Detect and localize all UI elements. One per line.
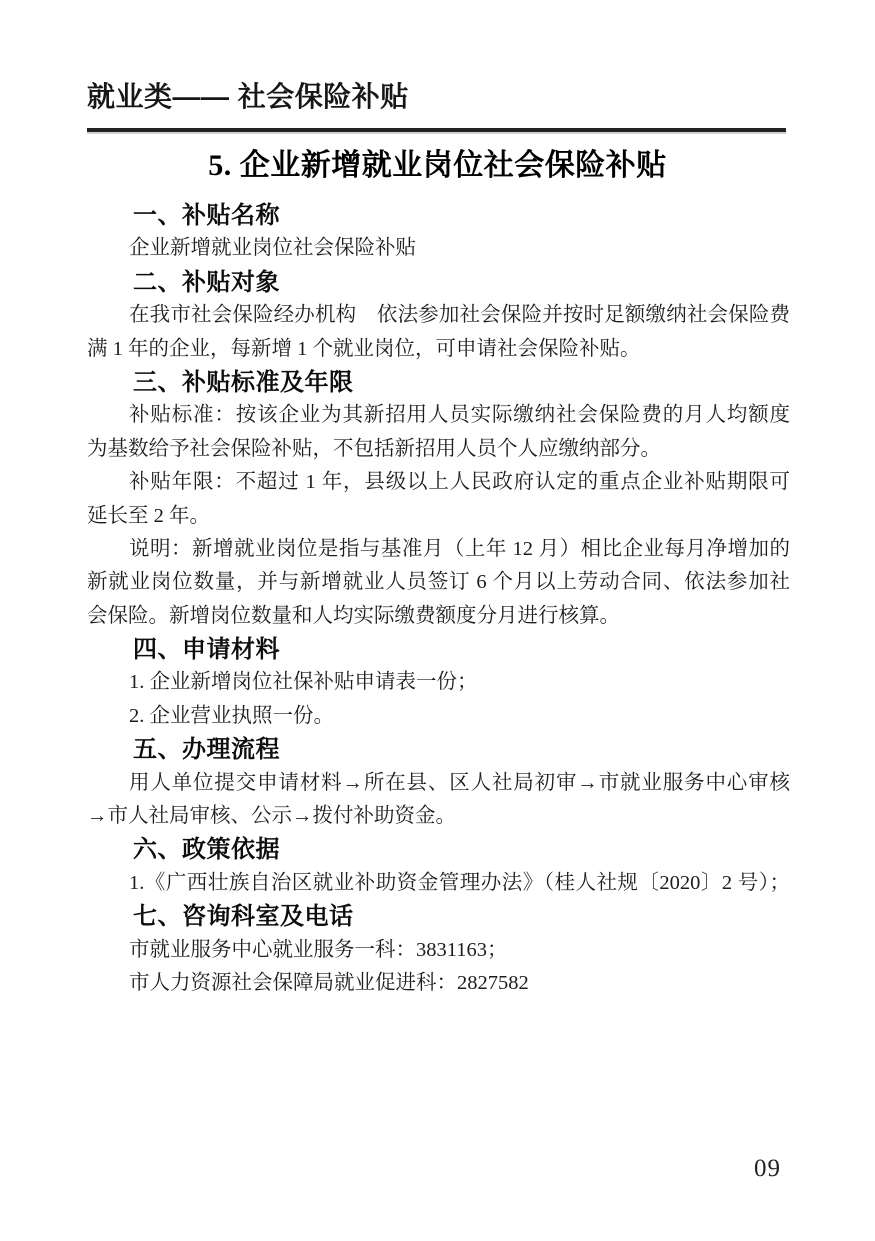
document-page: 就业类—— 社会保险补贴 5. 企业新增就业岗位社会保险补贴 一、补贴名称企业新… [0,0,875,1241]
body-line: 2. 企业营业执照一份。 [87,700,790,733]
body-line: 企业新增就业岗位社会保险补贴 [87,232,790,265]
body-line: 补贴标准：按该企业为其新招用人员实际缴纳社会保险费的月人均额度 [87,399,790,432]
body-line: 补贴年限：不超过 1 年，县级以上人民政府认定的重点企业补贴期限可 [87,466,790,499]
page-number: 09 [754,1155,781,1183]
body-line: 会保险。新增岗位数量和人均实际缴费额度分月进行核算。 [87,600,790,633]
section-heading: 一、补贴名称 [87,199,790,232]
section-heading: 四、申请材料 [87,633,790,666]
section-heading: 五、办理流程 [87,733,790,766]
section-heading: 七、咨询科室及电话 [87,900,790,933]
section-heading: 六、政策依据 [87,833,790,866]
body-line: 在我市社会保险经办机构 依法参加社会保险并按时足额缴纳社会保险费 [87,299,790,332]
body-line: 市人力资源社会保障局就业促进科：2827582 [87,967,790,1000]
body-line: 延长至 2 年。 [87,500,790,533]
body-line: 满 1 年的企业，每新增 1 个就业岗位，可申请社会保险补贴。 [87,333,790,366]
body-line: 市就业服务中心就业服务一科：3831163； [87,934,790,967]
category-header: 就业类—— 社会保险补贴 [87,83,409,111]
body-line: 用人单位提交申请材料→所在县、区人社局初审→市就业服务中心审核 [87,767,790,800]
header-rule [87,128,786,132]
body-line: 1. 企业新增岗位社保补贴申请表一份； [87,666,790,699]
body-line: 为基数给予社会保险补贴，不包括新招用人员个人应缴纳部分。 [87,433,790,466]
body-line: →市人社局审核、公示→拨付补助资金。 [87,800,790,833]
section-heading: 二、补贴对象 [87,266,790,299]
body-line: 说明：新增就业岗位是指与基准月（上年 12 月）相比企业每月净增加的 [87,533,790,566]
body-line: 1.《广西壮族自治区就业补助资金管理办法》（桂人社规〔2020〕2 号）； [87,867,790,900]
body-line: 新就业岗位数量，并与新增就业人员签订 6 个月以上劳动合同、依法参加社 [87,566,790,599]
document-body: 一、补贴名称企业新增就业岗位社会保险补贴二、补贴对象在我市社会保险经办机构 依法… [87,199,790,1000]
section-heading: 三、补贴标准及年限 [87,366,790,399]
page-title: 5. 企业新增就业岗位社会保险补贴 [0,148,875,184]
